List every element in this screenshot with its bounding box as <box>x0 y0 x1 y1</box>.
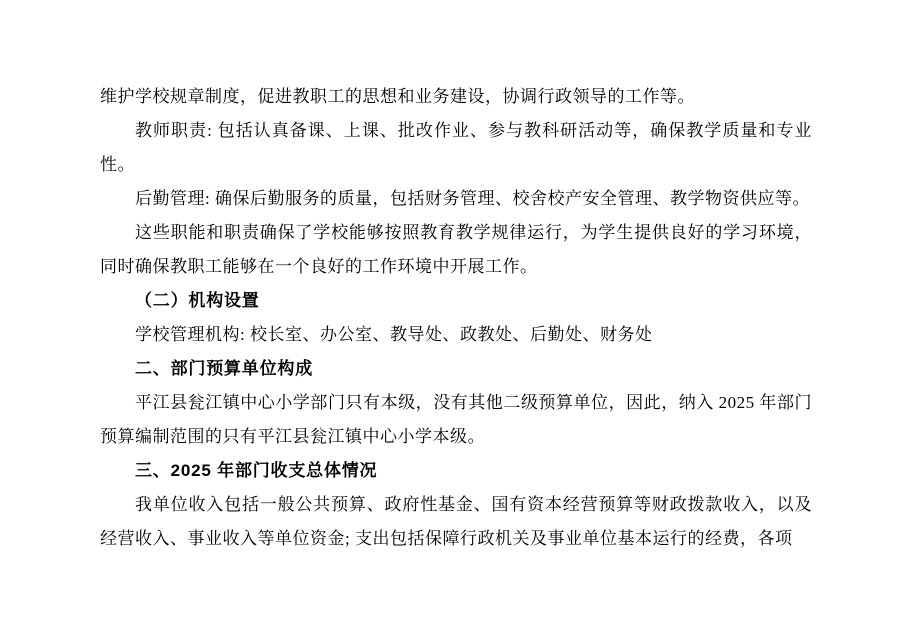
paragraph-duties-admin-continuation: 维护学校规章制度，促进教职工的思想和业务建设，协调行政领导的工作等。 <box>100 80 812 114</box>
paragraph-logistics-management: 后勤管理: 确保后勤服务的质量，包括财务管理、校舍校产安全管理、教学物资供应等。 <box>100 182 812 216</box>
paragraph-teacher-duties: 教师职责: 包括认真备课、上课、批改作业、参与教科研活动等，确保教学质量和专业性… <box>100 114 812 182</box>
paragraph-management-organs: 学校管理机构: 校长室、办公室、教导处、政教处、后勤处、财务处 <box>100 318 812 352</box>
paragraph-budget-unit-scope: 平江县瓮江镇中心小学部门只有本级，没有其他二级预算单位，因此，纳入 2025 年… <box>100 386 812 454</box>
paragraph-functions-summary: 这些职能和职责确保了学校能够按照教育教学规律运行，为学生提供良好的学习环境，同时… <box>100 216 812 284</box>
heading-2025-revenue-expenditure-overview: 三、2025 年部门收支总体情况 <box>100 454 812 488</box>
heading-organization-setup: （二）机构设置 <box>100 284 812 318</box>
paragraph-revenue-expenditure-description: 我单位收入包括一般公共预算、政府性基金、国有资本经营预算等财政拨款收入，以及经营… <box>100 488 812 556</box>
heading-budget-unit-composition: 二、部门预算单位构成 <box>100 352 812 386</box>
document-page: 维护学校规章制度，促进教职工的思想和业务建设，协调行政领导的工作等。 教师职责:… <box>0 0 900 636</box>
